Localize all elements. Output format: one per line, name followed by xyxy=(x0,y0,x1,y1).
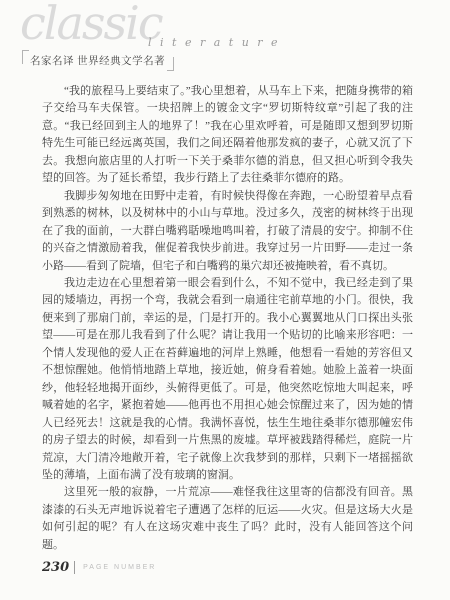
body-text: “我的旅程马上要结束了。”我心里想着，从马车上下来，把随身携带的箱子交给马车夫保… xyxy=(42,83,413,554)
series-label: 名家名译 世界经典文学名著 xyxy=(30,56,165,67)
paragraph-1: “我的旅程马上要结束了。”我心里想着，从马车上下来，把随身携带的箱子交给马车夫保… xyxy=(42,83,413,188)
page-footer: 230 PAGE NUMBER xyxy=(42,560,156,575)
page-number: 230 xyxy=(42,560,69,575)
series-label-box: 名家名译 世界经典文学名著 xyxy=(22,50,174,71)
corner-bracket-right-icon xyxy=(167,57,174,71)
book-page: classic literature 名家名译 世界经典文学名著 “我的旅程马上… xyxy=(0,0,450,600)
footer-divider xyxy=(74,561,75,574)
paragraph-2: 我脚步匆匆地在田野中走着，有时候快得像在奔跑，一心盼望着早点看到熟悉的树林，以及… xyxy=(42,188,413,275)
paragraph-3: 我边走边在心里想着第一眼会看到什么，不知不觉中，我已经走到了果园的矮墙边，再拐一… xyxy=(42,275,413,484)
page-number-label: PAGE NUMBER xyxy=(83,564,156,571)
corner-bracket-left-icon xyxy=(22,50,29,64)
brand-script-classic: classic xyxy=(20,0,162,50)
paragraph-4: 这里死一般的寂静，一片荒凉——难怪我往这里寄的信都没有回音。黑漆漆的石头无声地诉… xyxy=(42,484,413,554)
brand-sub-literature: literature xyxy=(148,36,286,49)
